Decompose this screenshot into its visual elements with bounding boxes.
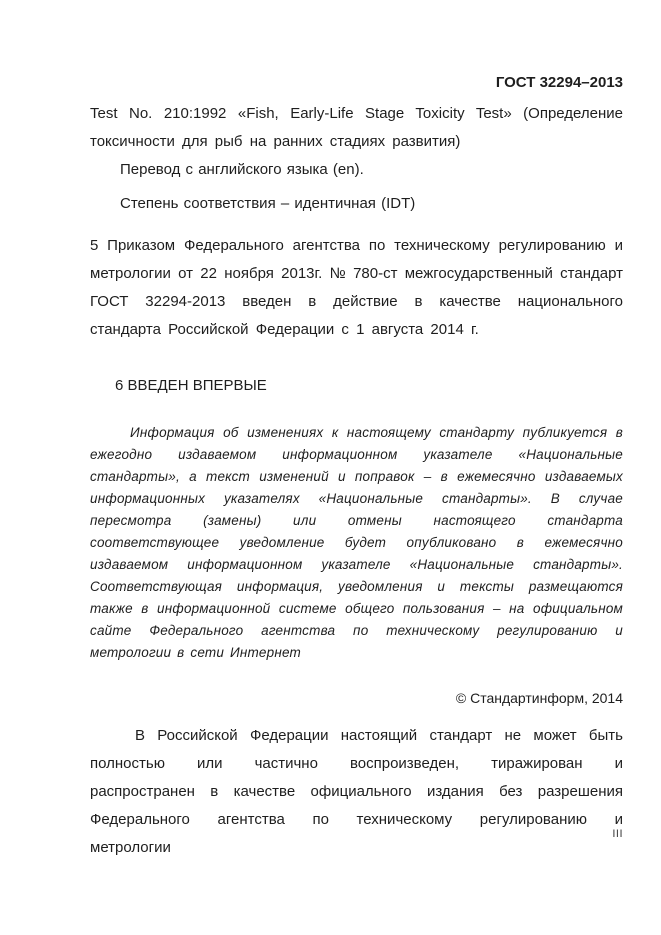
paragraph-clause-6-first-introduction: 6 ВВЕДЕН ВПЕРВЫЕ xyxy=(90,372,623,400)
paragraph-test-reference: Test No. 210:1992 «Fish, Early-Life Stag… xyxy=(90,100,623,156)
paragraph-amendments-notice: Информация об изменениях к настоящему ст… xyxy=(90,422,623,664)
line-conformity-degree: Степень соответствия – идентичная (IDT) xyxy=(90,190,623,218)
document-page: ГОСТ 32294–2013 Test No. 210:1992 «Fish,… xyxy=(0,0,661,935)
paragraph-reproduction-restriction: В Российской Федерации настоящий стандар… xyxy=(90,722,623,862)
page-number: III xyxy=(612,828,623,840)
page-content: ГОСТ 32294–2013 Test No. 210:1992 «Fish,… xyxy=(90,0,623,862)
running-header-standard-code: ГОСТ 32294–2013 xyxy=(90,74,623,92)
line-translation-note: Перевод с английского языка (en). xyxy=(90,156,623,184)
copyright-line: © Стандартинформ, 2014 xyxy=(90,688,623,708)
paragraph-clause-5-enactment: 5 Приказом Федерального агентства по тех… xyxy=(90,232,623,344)
